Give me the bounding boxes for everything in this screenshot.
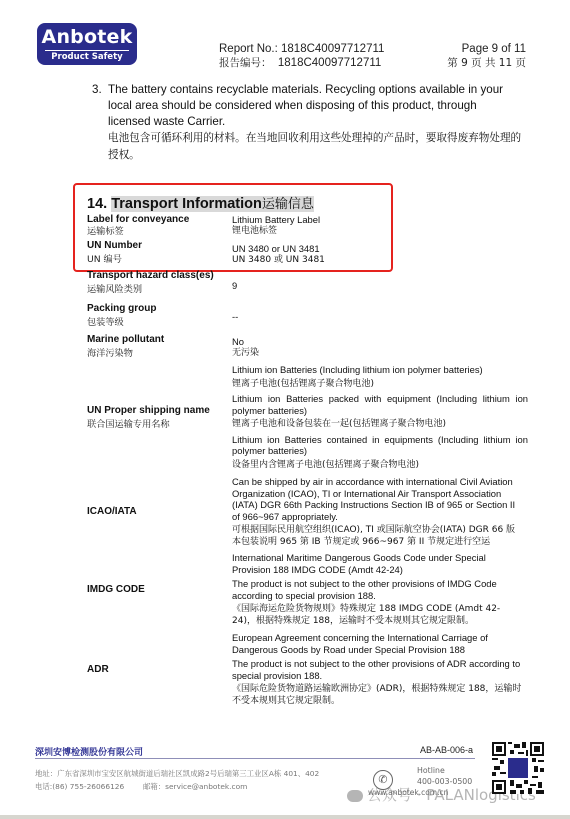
report-no-label-en: Report No.: (219, 42, 278, 56)
label-conveyance: Label for conveyance 运输标签 (87, 214, 189, 238)
value-adr: European Agreement concerning the Intern… (232, 632, 524, 710)
value-imdg-code: International Maritime Dangerous Goods C… (232, 552, 522, 630)
page-bottom-edge (0, 815, 570, 819)
footer-address: 地址：广东省深圳市宝安区航城街道后瑞社区凯成路2号后瑞第三工业区A栋 401、4… (35, 767, 319, 780)
logo-divider (45, 50, 129, 51)
note-text-en: The battery contains recyclable material… (108, 82, 522, 130)
note-text-cn: 电池包含可循环利用的材料。在当地回收利用这些处理掉的产品时，要取得废弃物处理的授… (108, 130, 522, 164)
page-number-block: Page 9 of 11 第 9 页 共 11 页 (447, 42, 526, 70)
page-number-en: Page 9 of 11 (447, 42, 526, 56)
label-imdg-code: IMDG CODE (87, 584, 145, 596)
section-title-en: Transport Information (111, 196, 262, 212)
label-hazard-class: Transport hazard class(es) 运输风险类别 (87, 270, 214, 296)
anbotek-logo: Anbotek Product Safety (37, 23, 137, 65)
recycling-note: 3. The battery contains recyclable mater… (92, 82, 522, 164)
footer-divider (35, 758, 475, 759)
label-adr: ADR (87, 664, 109, 676)
report-no-label-cn: 报告编号： (219, 56, 272, 70)
page-number-cn: 第 9 页 共 11 页 (447, 56, 526, 70)
section-title-cn: 运输信息 (262, 197, 314, 212)
report-no-value-cn: 1818C40097712711 (278, 56, 381, 70)
logo-tagline: Product Safety (37, 52, 137, 63)
note-number: 3. (92, 82, 102, 98)
value-shipping-name: Lithium ion Batteries (Including lithium… (232, 364, 528, 474)
footer-contact: 地址：广东省深圳市宝安区航城街道后瑞社区凯成路2号后瑞第三工业区A栋 401、4… (35, 767, 319, 793)
value-icao-iata: Can be shipped by air in accordance with… (232, 476, 522, 551)
value-marine-pollutant: No 无污染 (232, 336, 528, 359)
label-un-number: UN Number UN 编号 (87, 240, 142, 266)
value-packing-group: -- (232, 311, 528, 323)
logo-brand: Anbotek (37, 26, 137, 48)
report-no-value: 1818C40097712711 (281, 42, 384, 56)
value-hazard-class: 9 (232, 280, 528, 292)
value-un-number: UN 3480 or UN 3481 UN 3480 或 UN 3481 (232, 243, 528, 266)
section-title: 14. Transport Information运输信息 (87, 195, 314, 214)
section-number: 14. (87, 196, 107, 212)
wechat-icon (347, 790, 363, 802)
footer-phone: 电话:(86) 755-26066126 (35, 782, 124, 791)
qr-code (492, 742, 544, 794)
label-shipping-name: UN Proper shipping name 联合国运输专用名称 (87, 405, 210, 431)
label-icao-iata: ICAO/IATA (87, 506, 137, 518)
value-conveyance: Lithium Battery Label 锂电池标签 (232, 214, 528, 237)
label-marine-pollutant: Marine pollutant 海洋污染物 (87, 334, 164, 360)
footer-email[interactable]: 邮箱：service@anbotek.com (143, 782, 247, 791)
footer-company-name: 深圳安博检测股份有限公司 (35, 745, 143, 758)
hotline-label: Hotline (417, 765, 472, 776)
report-number-block: Report No.: 1818C40097712711 报告编号： 1818C… (219, 42, 384, 70)
footer-form-code: AB-AB-006-a (420, 745, 473, 755)
label-packing-group: Packing group 包装等级 (87, 303, 156, 329)
